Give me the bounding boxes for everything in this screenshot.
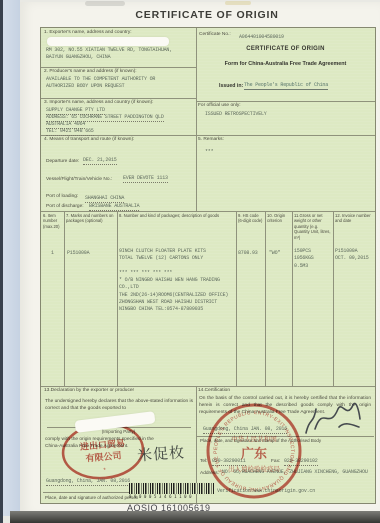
col-header-hs: 9. HS code (6-digit code) (238, 213, 263, 224)
divider (117, 211, 118, 386)
official-use-value: ISSUED RETROSPECTIVELY (205, 111, 267, 118)
row-marks: P151009A (67, 250, 89, 257)
port-loading-label: Port of loading: (46, 194, 78, 200)
exporter-address-line2: BAIYUN GUANGZHOU, CHINA (46, 54, 110, 61)
remarks-value: *** (205, 149, 213, 156)
handwritten-signature-text: 米促枚 (136, 441, 185, 465)
declaration-signature-label: Place, date and signature of authorized … (45, 495, 138, 501)
col-header-origin: 10. Origin criterion (267, 213, 290, 224)
col-header-marks: 7. Marks and numbers on packages (option… (66, 213, 115, 224)
col-header-weight: 11.Gross or net weight or other quantity… (294, 213, 331, 240)
official-use-label: For official use only: (198, 103, 241, 109)
scan-bottom-edge (10, 511, 380, 523)
col-header-item: 6. Item number (max.20) (43, 213, 62, 229)
row-hs-code: 8708.93 (238, 250, 258, 257)
importer-label: 3. Importer's name, address and country … (44, 100, 153, 106)
divider (333, 211, 334, 386)
exporter-label: 1. Exporter's name, address and country: (44, 30, 132, 36)
oval-stamp-line2: 有限公司 (85, 449, 122, 463)
declaration-place-date: Guangdong, China, JAN. 08,2016 (46, 478, 130, 486)
certificate-no-label: Certificate No.: (199, 32, 231, 38)
remarks-label: 5. Remarks: (198, 137, 224, 143)
row-quantity: 150PCS 1056KGS 0.5M3 (294, 248, 332, 270)
col-header-packages: 8. Number and kind of packages; descript… (119, 213, 232, 218)
barcode-digits: 0000053461100 (129, 494, 194, 499)
redaction-whiteout (47, 37, 169, 46)
port-discharge-value: BRISBANE AUSTRALIA (89, 203, 139, 211)
importer-line4: TEL: 0421 948 665 (46, 128, 94, 136)
ciq-round-stamp: ENTRY-EXIT INSPECTION AND QUARANTINE BUR… (204, 401, 304, 501)
divider (265, 211, 266, 386)
departure-date-value: DEC. 21,2015 (83, 157, 117, 165)
stamp-center-top: 中华人民共和国 (231, 434, 277, 443)
row-invoice: P151009A OCT. 09,2015 (335, 248, 375, 263)
vessel-label: Vessel/Flight/Train/Vehicle No.: (46, 177, 112, 183)
issued-in-label: Issued in: (219, 83, 243, 90)
certificate-form: 1. Exporter's name, address and country:… (40, 27, 376, 504)
divider (64, 211, 65, 386)
document-scan: CERTIFICATE OF ORIGIN 1. Exporter's name… (0, 0, 380, 523)
stamp-center-main: 广东 (241, 446, 267, 461)
col-header-invoice: 12. Invoice number and date (335, 213, 373, 224)
divider (292, 211, 293, 386)
declaration-label: 13.Declaration by the exporter or produc… (44, 388, 134, 394)
divider (41, 67, 196, 68)
page-title: CERTIFICATE OF ORIGIN (40, 9, 374, 21)
handwritten-signature-scribble (301, 397, 363, 441)
svg-text:*: * (103, 468, 107, 474)
stamp-center-bottom: 出入境检验检疫局 (228, 464, 281, 473)
certificate-subheading: Form for China-Australia Free Trade Agre… (196, 61, 375, 68)
divider (41, 98, 196, 99)
divider (41, 386, 375, 387)
producer-label: 2. Producer's name and address (if known… (44, 69, 137, 75)
certificate-no-value: A064401004580019 (239, 34, 284, 41)
port-loading-value: SHANGHAI CHINA (85, 195, 124, 203)
transport-label: 4. Means of transport and route (if know… (44, 137, 134, 143)
scan-blue-margin (3, 0, 20, 516)
declaration-text: The undersigned hereby declares that the… (45, 399, 193, 413)
scan-artifact (225, 1, 251, 5)
row-item-number: 1 (51, 250, 54, 257)
departure-date-label: Departure date: (46, 159, 79, 165)
vessel-value: EVER DEVOTE 1113 (123, 175, 168, 183)
barcode (129, 483, 215, 494)
divider (196, 28, 197, 211)
divider (236, 211, 237, 386)
certification-label: 14.Certification (198, 388, 230, 394)
row-description: 9INCH CLUTCH FLOATER PLATE KITS TOTAL TW… (119, 248, 234, 313)
port-discharge-label: Port of discharge: (46, 204, 84, 210)
row-origin-criterion: "WO" (269, 250, 280, 257)
divider (196, 101, 375, 102)
producer-line2: AUTHORIZED BODY UPON REQUEST (46, 83, 124, 90)
certificate-heading: CERTIFICATE OF ORIGIN (196, 46, 375, 54)
scan-artifact (85, 1, 125, 6)
issued-in-value: The People's Republic of China (244, 82, 328, 90)
